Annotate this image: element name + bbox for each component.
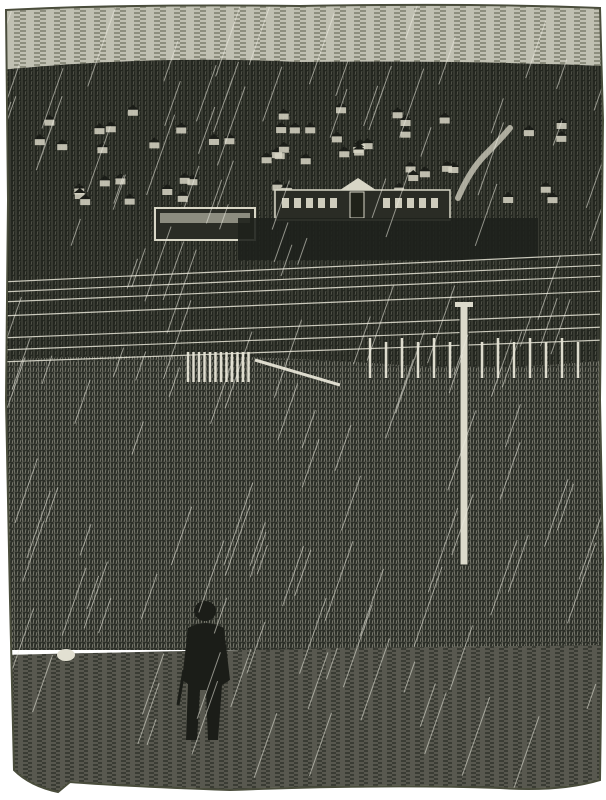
woodcut-illustration — [0, 0, 606, 800]
road — [0, 645, 606, 800]
bucket — [57, 649, 75, 661]
meadow — [0, 356, 606, 650]
scene-svg — [0, 0, 606, 800]
